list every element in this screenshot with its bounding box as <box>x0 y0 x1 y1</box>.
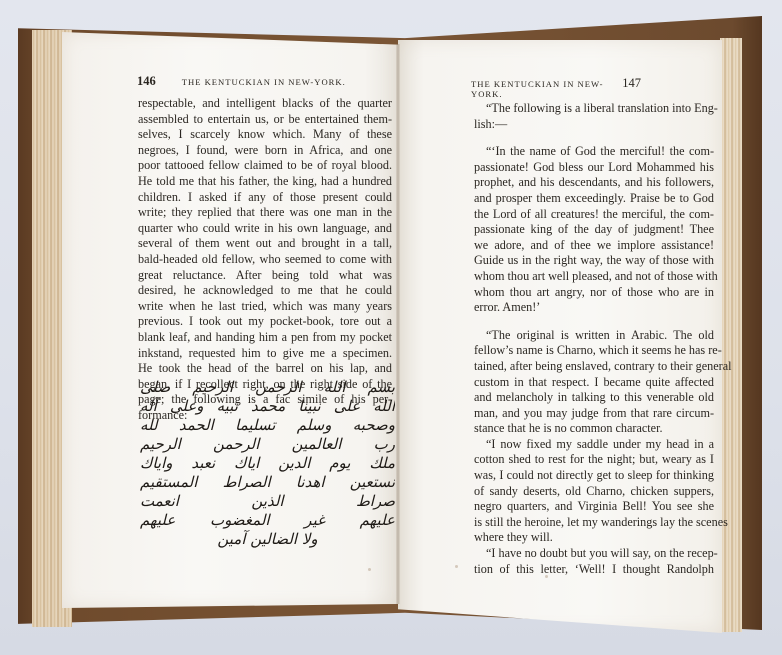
text-line: children. I asked if any of those presen… <box>138 190 392 206</box>
text-line: respectable, and intelligent blacks of t… <box>138 96 392 112</box>
text-line: selves, I scarcely know which. Many of t… <box>138 127 392 143</box>
right-running-title: THE KENTUCKIAN IN NEW-YORK. <box>471 79 622 99</box>
text-line: quarter who could write in his own langu… <box>138 221 392 237</box>
text-line: of sandy deserts, old Charno, chicken su… <box>474 484 714 500</box>
facsimile-line: عليهم غير المغضوب عليهم <box>140 511 395 530</box>
text-line: whom thou art well pleased, and not of t… <box>474 269 714 285</box>
paragraph-gap <box>474 316 714 328</box>
text-line: negroes, I found, were born in Africa, a… <box>138 143 392 159</box>
text-line: several of them went out and brought in … <box>138 236 392 252</box>
text-line: error. Amen!’ <box>474 300 714 316</box>
text-line: previous. I took out my pocket-book, tor… <box>138 314 392 330</box>
facsimile-line: الله على نبينا محمد نبيه وعلى آله <box>140 397 395 416</box>
text-line: tained, after being enslaved, contrary t… <box>474 359 714 375</box>
paper-foxing-spot <box>368 568 371 571</box>
right-page-text: “The following is a liberal translation … <box>474 101 714 577</box>
text-line: where they will. <box>474 530 714 546</box>
right-page-edges <box>720 38 742 632</box>
text-line: He took the head of the barrel on his la… <box>138 361 392 377</box>
text-line: “I have no doubt but you will say, on th… <box>474 546 714 562</box>
text-line: poor tattooed fellow claimed to be of ro… <box>138 158 392 174</box>
facsimile-line: ملك يوم الدين اياك نعبد واياك <box>140 454 395 473</box>
text-line: “The following is a liberal translation … <box>474 101 714 117</box>
paragraph-gap <box>474 132 714 144</box>
text-line: “‘In the name of God the merciful! the c… <box>474 144 714 160</box>
text-line: He told me that his father, the king, ha… <box>138 174 392 190</box>
text-line: and melancholy in talking to this venera… <box>474 390 714 406</box>
text-line: passionate king of the day of judgment! … <box>474 222 714 238</box>
text-line: was, I could not directly get to sleep f… <box>474 468 714 484</box>
paper-foxing-spot <box>455 565 458 568</box>
text-line: whom thou art angry, nor of those who ar… <box>474 285 714 301</box>
text-line: we adore, and of thee we implore assista… <box>474 238 714 254</box>
text-line: blank leaf, and handing him a pen from m… <box>138 330 392 346</box>
text-line: “I now fixed my saddle under my head in … <box>474 437 714 453</box>
left-running-head: 146 THE KENTUCKIAN IN NEW-YORK. <box>137 74 397 89</box>
book-gutter <box>396 44 400 604</box>
left-page-text: respectable, and intelligent blacks of t… <box>138 96 392 423</box>
facsimile-line: نستعين اهدنا الصراط المستقيم <box>140 473 395 492</box>
facsimile-line: بسم الله الرحمن الرحيم صلى <box>140 378 395 397</box>
right-running-head: THE KENTUCKIAN IN NEW-YORK. 147 <box>471 76 641 99</box>
text-line: assembled to entertain us, or be enterta… <box>138 112 392 128</box>
facsimile-line: ولا الضالين آمين <box>140 530 395 549</box>
text-line: lish:— <box>474 117 714 133</box>
text-line: custom in that respect. I became quite a… <box>474 375 714 391</box>
text-line: the Lord of all creatures! the merciful,… <box>474 207 714 223</box>
text-line: bald-headed old fellow, who seemed to co… <box>138 252 392 268</box>
text-line: tion of this letter, ‘Well! I thought Ra… <box>474 562 714 578</box>
text-line: desired, he acknowledged to me that he c… <box>138 283 392 299</box>
left-running-title: THE KENTUCKIAN IN NEW-YORK. <box>182 77 346 87</box>
facsimile-line: صراط الذين انعمت <box>140 492 395 511</box>
text-line: man, and you may judge from that rare ci… <box>474 406 714 422</box>
text-line: passionate! God bless our Lord Mohammed … <box>474 160 714 176</box>
arabic-facsimile: بسم الله الرحمن الرحيم صلى الله على نبين… <box>140 378 395 549</box>
left-page-number: 146 <box>137 74 156 89</box>
text-line: write when he last tried, which was many… <box>138 299 392 315</box>
text-line: and prosper them exceedingly. Praise be … <box>474 191 714 207</box>
right-page-number: 147 <box>622 76 641 91</box>
text-line: “The original is written in Arabic. The … <box>474 328 714 344</box>
text-line: inkstand, requested him to give me a spe… <box>138 346 392 362</box>
text-line: stance that he is no common character. <box>474 421 714 437</box>
facsimile-line: رب العالمين الرحمن الرحيم <box>140 435 395 454</box>
text-line: write; they replied that there was one m… <box>138 205 392 221</box>
text-line: cotton shed to rest for the night; but, … <box>474 452 714 468</box>
text-line: negro quarters, and Virginia Bell! You s… <box>474 499 714 515</box>
facsimile-line: وصحبه وسلم تسليما الحمد لله <box>140 416 395 435</box>
text-line: Guide us in the right way, the way of th… <box>474 253 714 269</box>
text-line: prophet, and his descendants, and his fo… <box>474 175 714 191</box>
text-line: is still the heroine, let my wanderings … <box>474 515 714 531</box>
text-line: great reluctance. After being told what … <box>138 268 392 284</box>
text-line: fellow’s name is Charno, which it seems … <box>474 343 714 359</box>
